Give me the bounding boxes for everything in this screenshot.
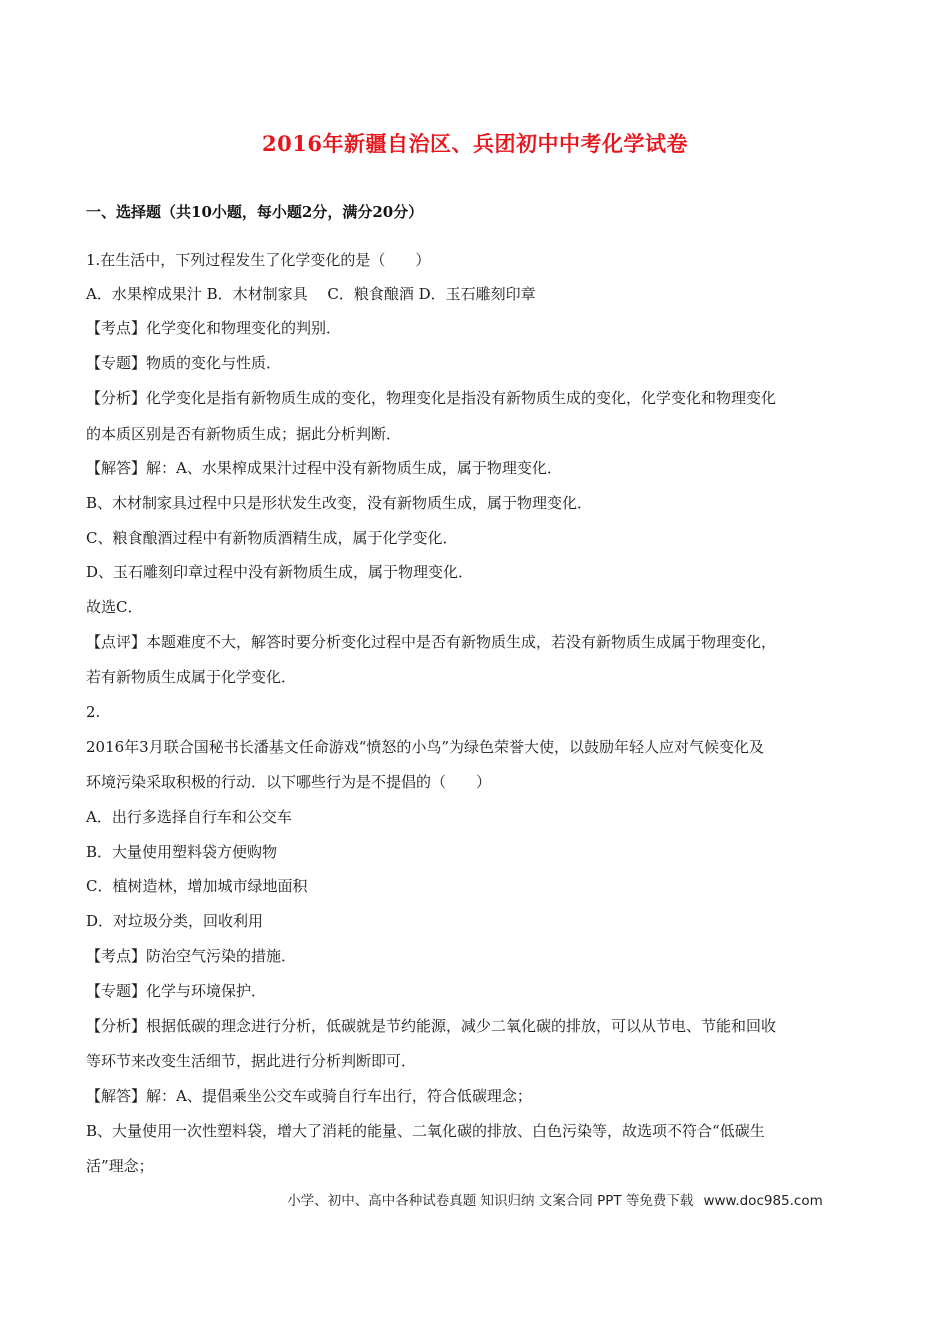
footer-url-link[interactable]: www.doc985.com (703, 1193, 822, 1209)
question-1-kaodian: 【考点】化学变化和物理变化的判别． (86, 318, 341, 338)
question-1-jieda-line-1: 【解答】解：A、水果榨成果汁过程中没有新物质生成，属于物理变化． (86, 458, 562, 478)
question-2-fenxi-line-1: 【分析】根据低碳的理念进行分析，低碳就是节约能源，减少二氧化碳的排放，可以从节电… (86, 1016, 776, 1036)
question-2-option-c: C．植树造林，增加城市绿地面积 (86, 876, 307, 896)
question-1-stem: 1.在生活中，下列过程发生了化学变化的是（ ） (86, 250, 430, 270)
question-2-stem-line-1: 2016年3月联合国秘书长潘基文任命游戏“愤怒的小鸟”为绿色荣誉大使，以鼓励年轻… (86, 737, 764, 757)
question-1-zhuanti: 【专题】物质的变化与性质． (86, 353, 281, 373)
footer-text: 小学、初中、高中各种试卷真题 知识归纳 文案合同 PPT 等免费下载 (287, 1193, 693, 1209)
question-2-jieda-line-2: B、大量使用一次性塑料袋，增大了消耗的能量、二氧化碳的排放、白色污染等，故选项不… (86, 1121, 765, 1141)
question-1-fenxi-line-2: 的本质区别是否有新物质生成；据此分析判断． (86, 424, 401, 444)
question-1-jieda-line-4: D、玉石雕刻印章过程中没有新物质生成，属于物理变化． (86, 562, 473, 582)
question-1-answer: 故选C． (86, 597, 142, 617)
question-2-option-b: B．大量使用塑料袋方便购物 (86, 842, 277, 862)
question-2-fenxi-line-2: 等环节来改变生活细节，据此进行分析判断即可． (86, 1051, 416, 1071)
section-heading: 一、选择题（共10小题，每小题2分，满分20分） (86, 201, 423, 222)
question-1-dianping-line-2: 若有新物质生成属于化学变化． (86, 667, 296, 687)
question-1-jieda-line-3: C、粮食酿酒过程中有新物质酒精生成，属于化学变化． (86, 528, 457, 548)
question-2-option-a: A．出行多选择自行车和公交车 (86, 807, 292, 827)
document-page: 2016年新疆自治区、兵团初中中考化学试卷 一、选择题（共10小题，每小题2分，… (0, 0, 950, 1344)
question-2-stem-line-2: 环境污染采取积极的行动．以下哪些行为是不提倡的（ ） (86, 772, 491, 792)
question-1-fenxi-line-1: 【分析】化学变化是指有新物质生成的变化，物理变化是指没有新物质生成的变化，化学变… (86, 388, 776, 408)
question-2-option-d: D．对垃圾分类，回收利用 (86, 911, 263, 931)
question-1-options: A．水果榨成果汁 B．木材制家具 C．粮食酿酒 D．玉石雕刻印章 (86, 284, 536, 304)
question-1-jieda-line-2: B、木材制家具过程中只是形状发生改变，没有新物质生成，属于物理变化． (86, 493, 592, 513)
question-1-dianping-line-1: 【点评】本题难度不大，解答时要分析变化过程中是否有新物质生成，若没有新物质生成属… (86, 632, 776, 652)
question-2-jieda-line-3: 活”理念； (86, 1156, 154, 1176)
question-2-zhuanti: 【专题】化学与环境保护． (86, 981, 266, 1001)
document-title: 2016年新疆自治区、兵团初中中考化学试卷 (0, 128, 950, 158)
question-2-kaodian: 【考点】防治空气污染的措施． (86, 946, 296, 966)
page-footer: 小学、初中、高中各种试卷真题 知识归纳 文案合同 PPT 等免费下载www.do… (0, 1189, 950, 1209)
question-2-jieda-line-1: 【解答】解：A、提倡乘坐公交车或骑自行车出行，符合低碳理念； (86, 1086, 532, 1106)
question-2-number: 2. (86, 702, 100, 722)
